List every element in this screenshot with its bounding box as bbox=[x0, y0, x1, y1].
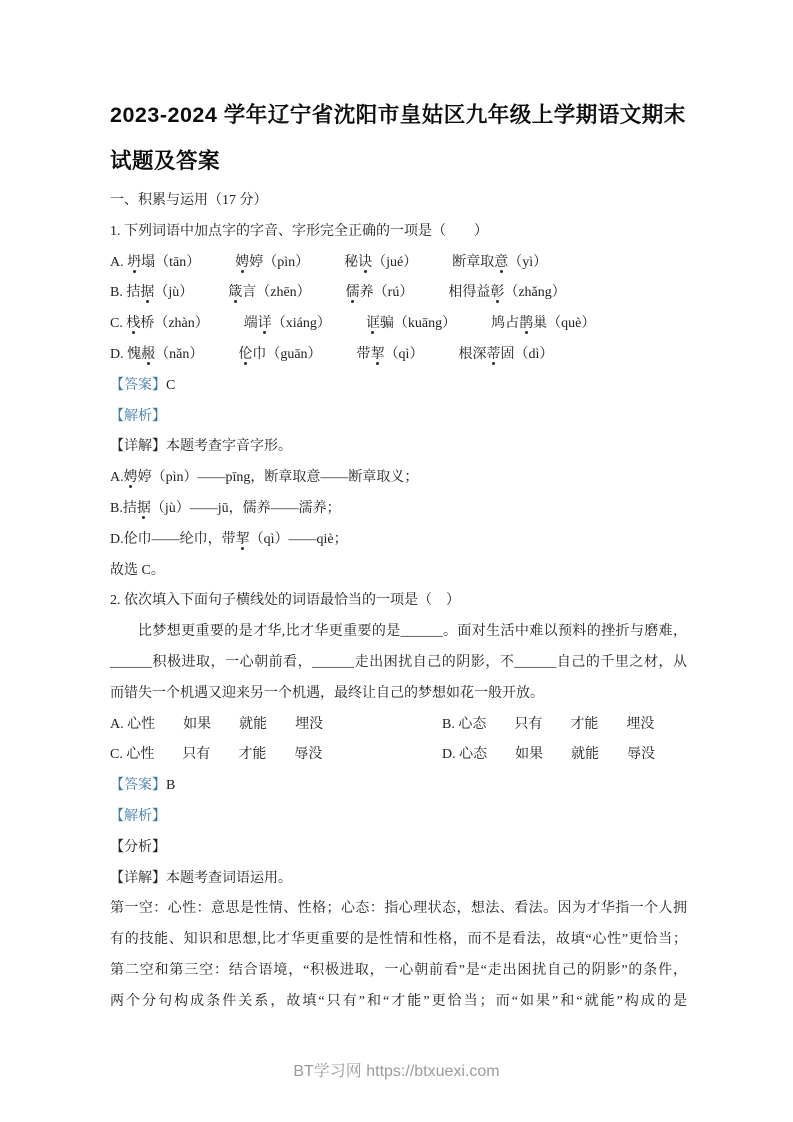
emphasis-dot-char: 挈 bbox=[371, 347, 385, 362]
q2-options-row-1: A. 心性 如果 就能 埋没 B. 心态 只有 才能 埋没 bbox=[110, 710, 687, 741]
q1-detail-line: 故选 C。 bbox=[110, 556, 687, 587]
emphasis-dot-char: 意 bbox=[494, 255, 508, 270]
q2-option-d: D. 心态 如果 就能 辱没 bbox=[442, 740, 655, 771]
q2-passage-line: ______积极进取，一心朝前看，______走出困扰自己的阴影，不______… bbox=[110, 648, 687, 679]
footer-link[interactable]: BT学习网 https://btxuexi.com bbox=[293, 1063, 499, 1080]
emphasis-dot-char: 箴 bbox=[228, 285, 242, 300]
emphasis-dot-char: 彰 bbox=[490, 285, 504, 300]
q1-answer-line: 【答案】C bbox=[110, 371, 687, 402]
emphasis-dot-char: 栈 bbox=[126, 316, 140, 331]
q1-detail-line: B.拮据（jù）——jū，儒养——濡养； bbox=[110, 494, 687, 525]
page-title-line-1: 2023-2024 学年辽宁省沈阳市皇姑区九年级上学期语文期末 bbox=[110, 92, 687, 138]
q1-option-d: D. 愧赧（nǎn） 伦巾（guān） 带挈（qì） 根深蒂固（dì） bbox=[110, 340, 687, 371]
q2-analysis-marker: 【解析】 bbox=[110, 802, 687, 833]
q1-option-c: C. 栈桥（zhàn） 端详（xiáng） 诓骗（kuāng） 鸠占鹊巢（què… bbox=[110, 309, 687, 340]
q2-options-row-2: C. 心性 只有 才能 辱没 D. 心态 如果 就能 辱没 bbox=[110, 740, 687, 771]
q2-passage-line: 而错失一个机遇又迎来另一个机遇，最终让自己的梦想如花一般开放。 bbox=[110, 679, 687, 710]
q2-answer-value: B bbox=[166, 778, 175, 793]
emphasis-dot-char: 诀 bbox=[358, 255, 372, 270]
q2-answer-marker: 【答案】 bbox=[110, 778, 166, 793]
site-footer: BT学习网 https://btxuexi.com bbox=[0, 1058, 793, 1081]
q1-option-a: A. 坍塌（tān） 娉婷（pìn） 秘诀（jué） 断章取意（yì） bbox=[110, 248, 687, 279]
q1-detail-line: 【详解】本题考查字音字形。 bbox=[110, 432, 687, 463]
page-title-line-2: 试题及答案 bbox=[110, 138, 687, 184]
q2-option-c: C. 心性 只有 才能 辱没 bbox=[110, 740, 442, 771]
q2-detail-line: 第一空：心性：意思是性情、性格；心态：指心理状态，想法、看法。因为才华指一个人拥 bbox=[110, 894, 687, 925]
q1-answer-marker: 【答案】 bbox=[110, 378, 166, 393]
emphasis-dot-char: 挈 bbox=[236, 532, 250, 547]
page-title: 2023-2024 学年辽宁省沈阳市皇姑区九年级上学期语文期末 试题及答案 bbox=[110, 92, 687, 184]
q2-detail-line: 两个分句构成条件关系，故填“只有”和“才能”更恰当；而“如果”和“就能”构成的是 bbox=[110, 987, 687, 1018]
exam-document: { "title": { "line1": "2023-2024 学年辽宁省沈阳… bbox=[0, 0, 793, 1122]
q1-detail-line: A.娉婷（pìn）——pīng，断章取意——断章取义； bbox=[110, 463, 687, 494]
q2-detail-line: 第二空和第三空：结合语境，“积极进取，一心朝前看”是“走出困扰自己的阴影”的条件… bbox=[110, 956, 687, 987]
q1-analysis-marker: 【解析】 bbox=[110, 402, 687, 433]
q1-stem: 1. 下列词语中加点字的字音、字形完全正确的一项是（ ） bbox=[110, 217, 687, 248]
emphasis-dot-char: 蒂 bbox=[486, 347, 500, 362]
emphasis-dot-char: 据 bbox=[137, 501, 151, 516]
section-heading: 一、积累与运用（17 分） bbox=[110, 186, 687, 217]
document-page: 2023-2024 学年辽宁省沈阳市皇姑区九年级上学期语文期末 试题及答案 一、… bbox=[0, 0, 793, 1018]
q2-detail-line: 有的技能、知识和思想,比才华更重要的是性情和性格，而不是看法，故填“心性”更恰当… bbox=[110, 925, 687, 956]
emphasis-dot-char: 伦 bbox=[238, 347, 252, 362]
emphasis-dot-char: 赧 bbox=[141, 347, 155, 362]
emphasis-dot-char: 详 bbox=[258, 316, 272, 331]
q2-option-b: B. 心态 只有 才能 埋没 bbox=[442, 710, 654, 741]
q2-option-a: A. 心性 如果 就能 埋没 bbox=[110, 710, 442, 741]
emphasis-dot-char: 据 bbox=[140, 285, 154, 300]
q2-detail-line: 【详解】本题考查词语运用。 bbox=[110, 864, 687, 895]
q2-passage-line: 比梦想更重要的是才华,比才华更重要的是______。面对生活中难以预料的挫折与磨… bbox=[110, 617, 687, 648]
emphasis-dot-char: 诓 bbox=[366, 316, 380, 331]
q1-option-b: B. 拮据（jù） 箴言（zhēn） 儒养（rú） 相得益彰（zhǎng） bbox=[110, 278, 687, 309]
emphasis-dot-char: 儒 bbox=[346, 285, 360, 300]
q2-stem: 2. 依次填入下面句子横线处的词语最恰当的一项是（ ） bbox=[110, 586, 687, 617]
q2-answer-line: 【答案】B bbox=[110, 771, 687, 802]
emphasis-dot-char: 娉 bbox=[124, 470, 138, 485]
q1-detail-line: D.伦巾——纶巾，带挈（qì）——qiè； bbox=[110, 525, 687, 556]
emphasis-dot-char: 坍 bbox=[127, 255, 141, 270]
q2-fenxi-marker: 【分析】 bbox=[110, 833, 687, 864]
q1-answer-value: C bbox=[166, 378, 175, 393]
emphasis-dot-char: 鹊 bbox=[519, 316, 533, 331]
emphasis-dot-char: 娉 bbox=[235, 255, 249, 270]
